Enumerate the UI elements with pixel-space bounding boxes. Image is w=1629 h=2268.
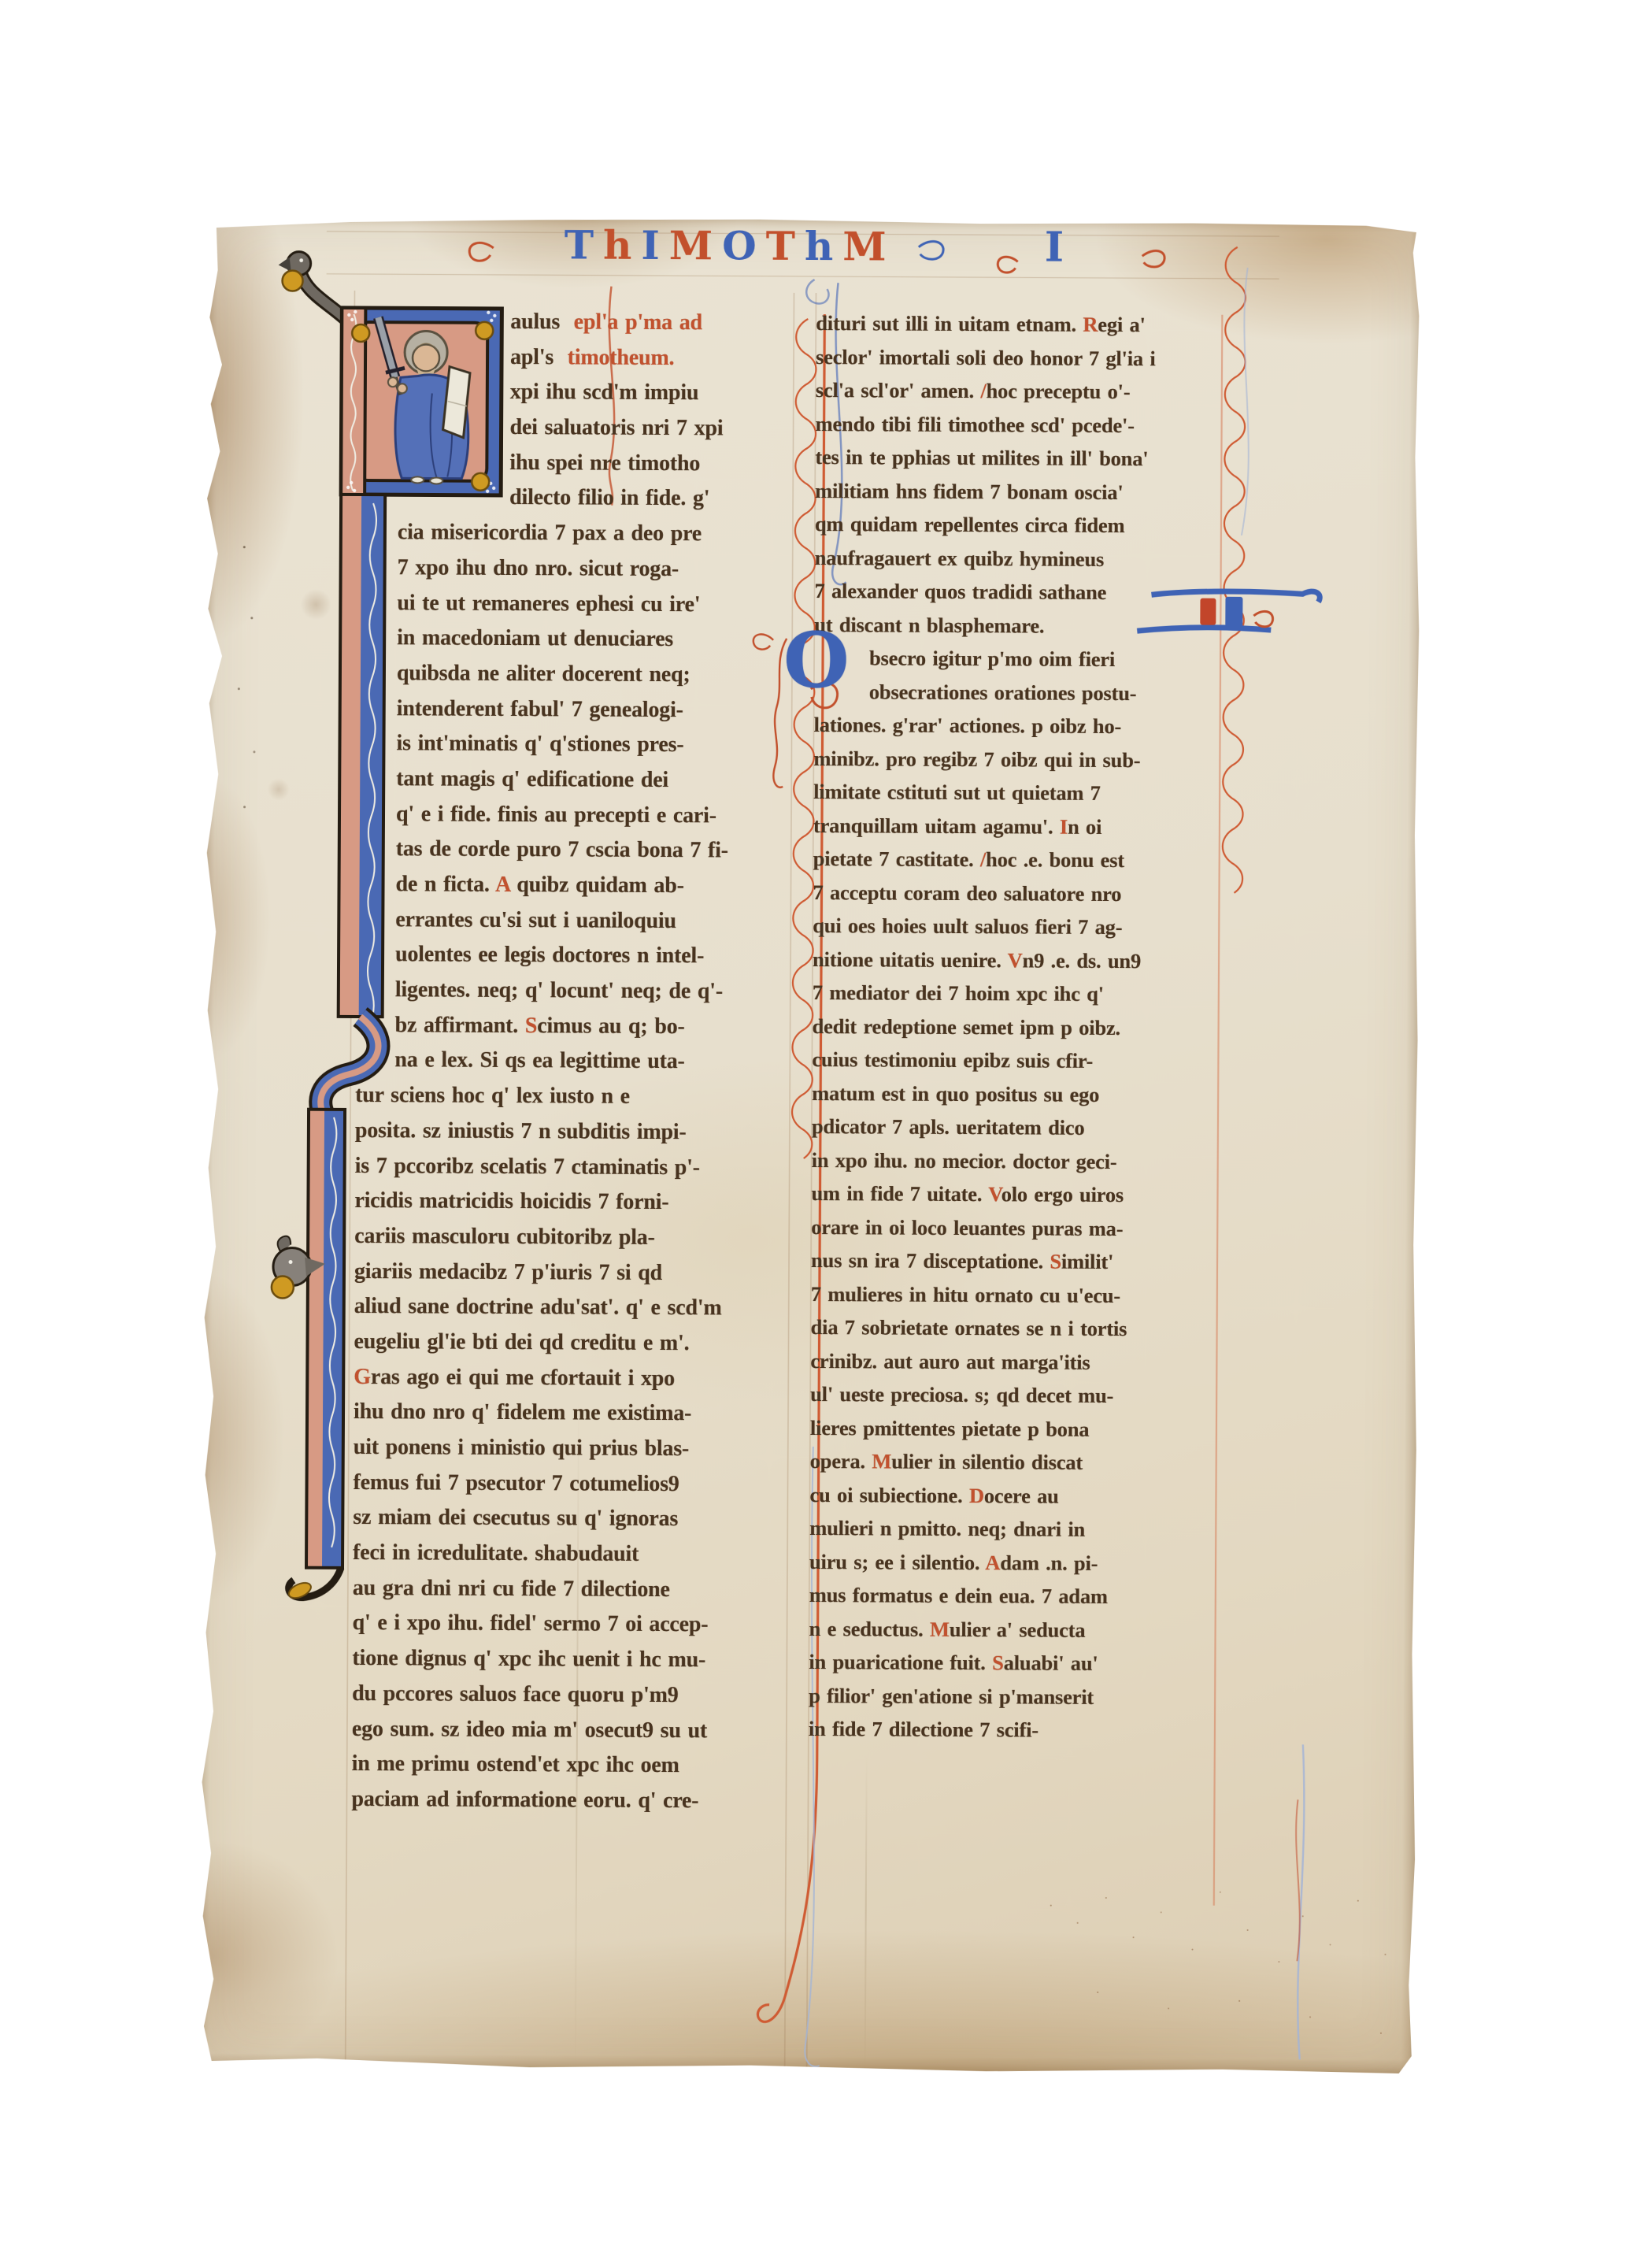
text-line: limitate cstituti sut ut quietam 7: [813, 775, 1226, 810]
text-line: dia 7 sobrietate ornates se n i tortis: [811, 1310, 1224, 1346]
text-line: ricidis matricidis hoicidis 7 forni-: [354, 1184, 795, 1221]
body-text: q' e i xpo ihu. fidel' sermo 7 oi accep-: [353, 1610, 709, 1636]
body-text: dia 7 sobrietate ornates se n i tortis: [811, 1315, 1127, 1340]
text-line: cia misericordia 7 pax a deo pre: [398, 515, 799, 552]
body-text: ihu dno nro q' fidelem me existima-: [354, 1399, 691, 1425]
text-line: matum est in quo positus su ego: [812, 1077, 1224, 1112]
text-line: seclor' imortali soli deo honor 7 gl'ia …: [816, 340, 1228, 376]
body-text: orare in oi loco leuantes puras ma-: [811, 1215, 1123, 1240]
text-line: eugeliu gl'ie bti dei qd creditu e m'.: [354, 1325, 794, 1362]
header-letter: T: [565, 221, 604, 268]
body-text: n oi: [1068, 814, 1101, 838]
text-line: ihu spei nre timotho: [509, 446, 799, 483]
text-line: intenderent fabul' 7 genealogi-: [397, 691, 798, 728]
body-text: limitate cstituti sut ut quietam 7: [813, 780, 1101, 805]
text-line: dedit redeptione semet ipm p oibz.: [813, 1010, 1225, 1045]
text-line: uiru s; ee i silentio. Adam .n. pi-: [809, 1545, 1222, 1581]
body-text: matum est in quo positus su ego: [812, 1081, 1099, 1106]
body-text: cimus au q; bo-: [537, 1014, 685, 1039]
text-line: bsecro igitur p'mo oim fieri: [869, 641, 1227, 676]
rubricated-text: M: [872, 1449, 891, 1473]
text-line: qui oes hoies uult saluos fieri 7 ag-: [813, 909, 1225, 944]
text-line: apl's timotheum.: [510, 340, 800, 377]
text-line: posita. sz iniustis 7 n subditis impi-: [355, 1114, 796, 1151]
text-line: na e lex. Si qs ea legittime uta-: [394, 1043, 796, 1080]
header-letter: h: [805, 223, 843, 269]
rubricated-text: S: [1050, 1250, 1061, 1273]
marginal-bar-lower: [306, 1110, 345, 1568]
body-text: bz affirmant.: [395, 1013, 525, 1038]
text-line: 7 alexander quos tradidi sathane: [814, 574, 1227, 610]
body-text: ras ago ei qui me cfortauit i xpo: [371, 1365, 675, 1391]
body-text: dedit redeptione semet ipm p oibz.: [813, 1014, 1121, 1039]
body-text: in me primu ostend'et xpc ihc oem: [352, 1751, 679, 1777]
text-line: militiam hns fidem 7 bonam oscia': [815, 474, 1227, 510]
rubricated-text: R: [1083, 313, 1098, 336]
photo-background: ThIMOThM I aulus epl'a p'ma adapl's timo…: [0, 0, 1629, 2268]
bar-terminal-leaf: [287, 1568, 341, 1602]
body-text: mendo tibi fili timothee scd' pcede'-: [816, 412, 1135, 437]
rubricated-text: A: [985, 1551, 1000, 1574]
text-line: nus sn ira 7 disceptatione. Similit': [811, 1243, 1224, 1279]
rubricated-text: epl'a p'ma ad: [574, 309, 702, 335]
text-line: lieres pmittentes pietate p bona: [810, 1411, 1223, 1447]
text-line: ego sum. sz ideo mia m' osecut9 su ut: [352, 1711, 793, 1749]
text-line: quibsda ne aliter docerent neq;: [397, 656, 798, 693]
body-text: bsecro igitur p'mo oim fieri: [869, 646, 1115, 671]
text-line: xpi ihu scd'm impiu: [510, 375, 800, 412]
rubricated-text: G: [354, 1365, 371, 1389]
body-text: ulier in silentio discat: [891, 1450, 1083, 1474]
text-line: ut discant n blasphemare.: [814, 608, 1227, 643]
text-line: femus fui 7 psecutor 7 cotumelios9: [353, 1466, 794, 1503]
text-column-left: aulus epl'a p'ma adapl's timotheum.xpi i…: [351, 304, 800, 1819]
text-line: 7 acceptu coram deo saluatore nro: [813, 876, 1225, 911]
right-margin-filigree: [1216, 247, 1312, 2060]
rubricated-text: V: [988, 1182, 1001, 1206]
text-line: Gras ago ei qui me cfortauit i xpo: [354, 1360, 794, 1398]
body-text: tes in te pphias ut milites in ill' bona…: [815, 445, 1148, 470]
text-line: um in fide 7 uitate. Volo ergo uiros: [811, 1177, 1224, 1212]
text-line: dei saluatoris nri 7 xpi: [509, 410, 799, 447]
body-text: ricidis matricidis hoicidis 7 forni-: [354, 1188, 668, 1214]
text-line: tione dignus q' xpc ihc uenit i hc mu-: [352, 1641, 793, 1679]
rubricated-text: D: [969, 1484, 984, 1507]
text-line: crinibz. aut auro aut marga'itis: [810, 1344, 1223, 1380]
text-line: tur sciens hoc q' lex iusto n e: [355, 1078, 796, 1116]
body-text: nitione uitatis uenire.: [813, 947, 1008, 972]
text-column-right: dituri sut illi in uitam etnam. Regi a's…: [809, 306, 1229, 1747]
body-text: in fide 7 dilectione 7 scifi-: [809, 1717, 1038, 1742]
text-line: mulieri n pmitto. neq; dnari in: [809, 1511, 1222, 1547]
body-text: nus sn ira 7 disceptatione.: [811, 1248, 1050, 1273]
body-text: hoc preceptu o'-: [987, 379, 1131, 403]
body-text: militiam hns fidem 7 bonam oscia': [815, 479, 1124, 504]
text-line: in macedoniam ut denuciares: [397, 621, 798, 658]
body-text: femus fui 7 psecutor 7 cotumelios9: [353, 1470, 679, 1496]
gold-ball: [272, 1276, 294, 1298]
body-text: n e seductus.: [809, 1617, 931, 1641]
body-text: ligentes. neq; q' locunt' neq; de q'-: [395, 977, 723, 1003]
text-line: tranquillam uitam agamu'. In oi: [813, 809, 1226, 844]
text-line: scl'a scl'or' amen. /hoc preceptu o'-: [816, 373, 1228, 409]
text-line: ui te ut remaneres ephesi cu ire': [397, 586, 798, 623]
body-text: apl's: [510, 345, 568, 369]
body-text: ego sum. sz ideo mia m' osecut9 su ut: [352, 1716, 707, 1742]
body-text: tranquillam uitam agamu'.: [813, 813, 1060, 839]
fly-specks: [243, 546, 246, 548]
text-line: q' e i fide. finis au precepti e cari-: [396, 797, 798, 834]
chapter-numeral-blue-bar: [1225, 597, 1242, 627]
text-line: 7 mulieres in hitu ornato cu u'ecu-: [811, 1277, 1224, 1313]
body-text: ulier a' seducta: [950, 1617, 1086, 1641]
body-text: giariis medacibz 7 p'iuris 7 si qd: [354, 1259, 662, 1285]
body-text: dam .n. pi-: [1000, 1551, 1098, 1575]
text-line: mendo tibi fili timothee scd' pcede'-: [816, 407, 1228, 443]
decorated-initial-o: O: [783, 623, 850, 699]
header-letter: T: [766, 223, 805, 269]
text-line: opera. Mulier in silentio discat: [810, 1444, 1223, 1480]
body-text: aluabi' au': [1004, 1651, 1098, 1675]
text-line: feci in icredulitate. shabudauit: [353, 1536, 794, 1573]
text-line: du pccores saluos face quoru p'm9: [352, 1677, 793, 1714]
body-text: in puaricatione fuit.: [809, 1650, 992, 1674]
text-line: cuius testimoniu epibz suis cfir-: [812, 1043, 1224, 1078]
body-text: errantes cu'si sut i uaniloquiu: [395, 907, 676, 933]
text-line: minibz. pro regibz 7 oibz qui in sub-: [813, 742, 1226, 777]
body-text: ul' ueste preciosa. s; qd decet mu-: [810, 1382, 1113, 1407]
body-text: 7 mediator dei 7 hoim xpc ihc q': [813, 980, 1104, 1006]
body-text: de n ficta.: [395, 872, 495, 897]
text-line: tant magis q' edificatione dei: [396, 762, 798, 799]
text-line: au gra dni nri cu fide 7 dilectione: [353, 1571, 794, 1609]
body-text: p filior' gen'atione si p'manserit: [809, 1684, 1094, 1709]
body-text: tant magis q' edificatione dei: [396, 766, 668, 792]
body-text: xpi ihu scd'm impiu: [510, 380, 699, 405]
body-text: paciam ad informatione eoru. q' cre-: [351, 1787, 698, 1813]
body-text: cia misericordia 7 pax a deo pre: [398, 520, 702, 546]
body-text: 7 mulieres in hitu ornato cu u'ecu-: [811, 1282, 1120, 1307]
body-text: minibz. pro regibz 7 oibz qui in sub-: [813, 747, 1140, 772]
gold-ball: [282, 270, 302, 291]
text-line: uolentes ee legis doctores n intel-: [395, 938, 797, 975]
text-line: obsecrationes orationes postu-: [869, 675, 1227, 710]
body-text: eugeliu gl'ie bti dei qd creditu e m'.: [354, 1329, 689, 1355]
body-text: in macedoniam ut denuciares: [397, 625, 673, 651]
header-letter: h: [603, 222, 642, 269]
body-text: uiru s; ee i silentio.: [809, 1550, 985, 1574]
text-line: uit ponens i ministio qui prius blas-: [354, 1430, 794, 1468]
text-line: tes in te pphias ut milites in ill' bona…: [815, 440, 1227, 476]
text-line: pdicator 7 apls. ueritatem dico: [812, 1110, 1224, 1145]
text-line: bz affirmant. Scimus au q; bo-: [394, 1008, 796, 1045]
manuscript-leaf: ThIMOThM I aulus epl'a p'ma adapl's timo…: [199, 215, 1424, 2073]
body-text: mus formatus e dein eua. 7 adam: [809, 1583, 1108, 1608]
body-text: dilecto filio in fide. g': [509, 485, 709, 510]
body-text: opera.: [810, 1449, 872, 1473]
header-letter: M: [842, 223, 896, 269]
header-letter: M: [669, 222, 723, 269]
body-text: cu oi subiectione.: [809, 1483, 969, 1507]
text-line: nitione uitatis uenire. Vn9 .e. ds. un9: [813, 943, 1225, 978]
running-title: ThIMOThM: [565, 221, 896, 272]
body-text: tas de corde puro 7 cscia bona 7 fi-: [396, 837, 728, 863]
body-text: 7 alexander quos tradidi sathane: [814, 579, 1106, 604]
body-text: dei saluatoris nri 7 xpi: [510, 415, 724, 440]
text-line: lationes. g'rar' actiones. p oibz ho-: [814, 708, 1227, 743]
rubricated-text: S: [525, 1014, 538, 1038]
text-line: naufragauert ex quibz hymineus: [815, 541, 1227, 576]
body-text: seclor' imortali soli deo honor 7 gl'ia …: [816, 345, 1156, 370]
body-text: 7 acceptu coram deo saluatore nro: [813, 880, 1121, 906]
body-text: quibz quidam ab-: [509, 873, 683, 898]
body-text: in xpo ihu. no mecior. doctor geci-: [812, 1148, 1117, 1173]
text-line: p filior' gen'atione si p'manserit: [809, 1679, 1221, 1714]
body-text: dituri sut illi in uitam etnam.: [816, 311, 1083, 336]
body-text: egi a': [1098, 313, 1146, 336]
body-text: qm quidam repellentes circa fidem: [815, 512, 1125, 537]
body-text: sz miam dei csecutus su q' ignoras: [353, 1505, 678, 1531]
body-text: quibsda ne aliter docerent neq;: [397, 661, 690, 687]
body-text: uit ponens i ministio qui prius blas-: [354, 1435, 689, 1461]
body-text: cuius testimoniu epibz suis cfir-: [812, 1047, 1093, 1073]
body-text: imilit': [1061, 1250, 1113, 1273]
body-text: mulieri n pmitto. neq; dnari in: [809, 1516, 1085, 1541]
body-text: uolentes ee legis doctores n intel-: [395, 943, 704, 969]
text-line: aulus epl'a p'ma ad: [510, 305, 800, 342]
ink-speckles: [1050, 1905, 1052, 1907]
text-line: in puaricatione fuit. Saluabi' au': [809, 1645, 1221, 1681]
body-text: tur sciens hoc q' lex iusto n e: [355, 1083, 630, 1109]
text-line: paciam ad informatione eoru. q' cre-: [351, 1782, 792, 1820]
rubricated-text: M: [930, 1617, 950, 1640]
text-line: 7 xpo ihu dno nro. sicut roga-: [398, 550, 799, 587]
text-line: pietate 7 castitate. /hoc .e. bonu est: [813, 842, 1226, 877]
text-line: dituri sut illi in uitam etnam. Regi a': [816, 306, 1228, 342]
body-text: tione dignus q' xpc ihc uenit i hc mu-: [352, 1646, 705, 1672]
body-text: feci in icredulitate. shabudauit: [353, 1540, 639, 1566]
text-line: sz miam dei csecutus su q' ignoras: [353, 1500, 794, 1538]
body-text: q' e i fide. finis au precepti e cari-: [396, 802, 716, 828]
rubricated-text: V: [1008, 948, 1023, 972]
text-line: qm quidam repellentes circa fidem: [815, 507, 1227, 543]
rubricated-text: I: [1060, 814, 1068, 838]
text-line: giariis medacibz 7 p'iuris 7 si qd: [354, 1254, 795, 1292]
text-line: 7 mediator dei 7 hoim xpc ihc q': [813, 976, 1225, 1011]
text-line: de n ficta. A quibz quidam ab-: [395, 867, 797, 904]
text-line: in xpo ihu. no mecior. doctor geci-: [812, 1143, 1224, 1179]
text-line: cu oi subiectione. Docere au: [809, 1478, 1222, 1514]
text-line: n e seductus. Mulier a' seducta: [809, 1612, 1222, 1647]
text-line: q' e i xpo ihu. fidel' sermo 7 oi accep-: [353, 1606, 794, 1644]
text-line: is int'minatis q' q'stiones pres-: [396, 727, 798, 764]
body-text: ui te ut remaneres ephesi cu ire': [397, 591, 700, 617]
body-text: aliud sane doctrine adu'sat'. q' e scd'm: [354, 1294, 722, 1320]
body-text: pdicator 7 apls. ueritatem dico: [812, 1114, 1085, 1140]
body-text: hoc .e. bonu est: [986, 847, 1124, 872]
text-line: cariis masculoru cubitoribz pla-: [354, 1219, 795, 1257]
body-text: au gra dni nri cu fide 7 dilectione: [353, 1576, 670, 1602]
header-letter: I: [641, 222, 669, 269]
text-line: in fide 7 dilectione 7 scifi-: [809, 1712, 1221, 1747]
text-line: errantes cu'si sut i uaniloquiu: [395, 902, 797, 939]
text-line: aliud sane doctrine adu'sat'. q' e scd'm: [354, 1289, 795, 1327]
body-text: ihu spei nre timotho: [509, 450, 700, 476]
rubricated-text: timotheum.: [568, 345, 675, 370]
text-line: ligentes. neq; q' locunt' neq; de q'-: [395, 973, 797, 1010]
body-text: um in fide 7 uitate.: [811, 1181, 988, 1206]
body-text: cariis masculoru cubitoribz pla-: [354, 1224, 655, 1250]
body-text: obsecrationes orationes postu-: [869, 680, 1137, 705]
dragon-head-ornament: [278, 251, 349, 321]
rubricated-text: A: [495, 873, 510, 897]
text-line: is 7 pccoribz scelatis 7 ctaminatis p'-: [355, 1148, 796, 1186]
body-text: 7 xpo ihu dno nro. sicut roga-: [398, 555, 679, 581]
text-line: ul' ueste preciosa. s; qd decet mu-: [810, 1377, 1223, 1413]
body-text: du pccores saluos face quoru p'm9: [352, 1681, 679, 1707]
body-text: posita. sz iniustis 7 n subditis impi-: [355, 1118, 687, 1144]
body-text: olo ergo uiros: [1001, 1182, 1124, 1206]
body-text: pietate 7 castitate.: [813, 847, 980, 871]
historiated-initial-letter: P: [209, 215, 209, 216]
body-text: scl'a scl'or' amen.: [816, 378, 981, 402]
body-text: aulus: [510, 309, 574, 334]
body-text: is 7 pccoribz scelatis 7 ctaminatis p'-: [355, 1153, 700, 1179]
body-text: is int'minatis q' q'stiones pres-: [396, 732, 683, 758]
rubricated-text: S: [992, 1651, 1004, 1674]
text-line: mus formatus e dein eua. 7 adam: [809, 1578, 1222, 1614]
text-line: in me primu ostend'et xpc ihc oem: [352, 1747, 793, 1784]
body-text: n9 .e. ds. un9: [1023, 948, 1142, 973]
body-text: ocere au: [984, 1484, 1059, 1507]
body-text: naufragauert ex quibz hymineus: [815, 546, 1105, 571]
header-letter: O: [722, 222, 766, 269]
body-text: crinibz. aut auro aut marga'itis: [810, 1349, 1090, 1374]
text-line: orare in oi loco leuantes puras ma-: [811, 1210, 1224, 1246]
book-numeral: I: [1045, 224, 1064, 272]
text-line: ihu dno nro q' fidelem me existima-: [354, 1395, 794, 1432]
body-text: lationes. g'rar' actiones. p oibz ho-: [814, 713, 1122, 738]
body-text: na e lex. Si qs ea legittime uta-: [394, 1048, 684, 1074]
body-text: lieres pmittentes pietate p bona: [810, 1416, 1090, 1441]
body-text: qui oes hoies uult saluos fieri 7 ag-: [813, 913, 1122, 939]
body-text: intenderent fabul' 7 genealogi-: [397, 696, 683, 722]
text-line: tas de corde puro 7 cscia bona 7 fi-: [396, 832, 798, 869]
text-line: dilecto filio in fide. g': [509, 480, 799, 517]
